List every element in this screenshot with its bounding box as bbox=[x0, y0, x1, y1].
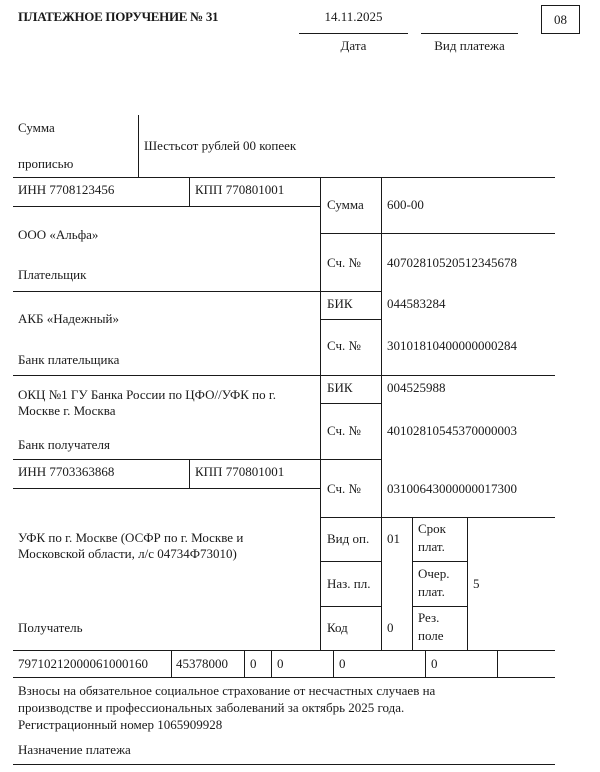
divider bbox=[13, 291, 381, 292]
divider bbox=[171, 650, 172, 677]
payer-inn: ИНН 7708123456 bbox=[18, 182, 114, 198]
recipient-bank-label: Банк получателя bbox=[18, 437, 110, 453]
date-label: Дата bbox=[299, 38, 408, 54]
priority-value: 5 bbox=[473, 576, 480, 592]
payer-account-label: Сч. № bbox=[327, 255, 361, 271]
divider bbox=[13, 375, 555, 376]
divider bbox=[13, 177, 555, 178]
divider bbox=[412, 606, 467, 607]
payer-kpp: КПП 770801001 bbox=[195, 182, 284, 198]
recipient-bank-bik-value: 004525988 bbox=[387, 380, 446, 396]
reserve-label-2: поле bbox=[418, 628, 444, 644]
recipient-label: Получатель bbox=[18, 620, 83, 636]
payer-bank-bik-value: 044583284 bbox=[387, 296, 446, 312]
payer-bank-account-value: 30101810400000000284 bbox=[387, 338, 517, 354]
divider bbox=[13, 650, 555, 651]
recipient-name-2: Московской области, л/с 04734Ф73010) bbox=[18, 546, 237, 562]
divider bbox=[412, 517, 413, 650]
divider bbox=[425, 650, 426, 677]
divider bbox=[320, 319, 381, 320]
divider bbox=[189, 459, 190, 488]
status-code: 08 bbox=[554, 12, 567, 28]
purpose-line-3: Регистрационный номер 1065909928 bbox=[18, 717, 222, 733]
recipient-account-label: Сч. № bbox=[327, 481, 361, 497]
priority-label-1: Очер. bbox=[418, 566, 449, 582]
divider bbox=[13, 488, 320, 489]
divider bbox=[497, 650, 498, 677]
divider bbox=[320, 403, 381, 404]
divider bbox=[412, 561, 467, 562]
payer-label: Плательщик bbox=[18, 267, 86, 283]
payer-bank-bik-label: БИК bbox=[327, 296, 353, 312]
recipient-bank-name-1: ОКЦ №1 ГУ Банка России по ЦФО//УФК по г. bbox=[18, 387, 276, 403]
oktmo-value: 45378000 bbox=[176, 656, 228, 672]
amount-words-label-2: прописью bbox=[18, 156, 73, 172]
kbk-value: 79710212000061000160 bbox=[18, 656, 148, 672]
divider bbox=[320, 517, 555, 518]
amount-words-value: Шестьсот рублей 00 копеек bbox=[144, 138, 296, 154]
priority-label-2: плат. bbox=[418, 584, 445, 600]
divider bbox=[320, 606, 381, 607]
recipient-bank-name-2: Москве г. Москва bbox=[18, 403, 115, 419]
status-code-box: 08 bbox=[541, 5, 580, 34]
code-label: Код bbox=[327, 620, 348, 636]
purpose-code-label: Наз. пл. bbox=[327, 576, 371, 592]
date-value: 14.11.2025 bbox=[299, 9, 408, 25]
recipient-bank-bik-label: БИК bbox=[327, 380, 353, 396]
payer-bank-name: АКБ «Надежный» bbox=[18, 311, 119, 327]
payer-bank-label: Банк плательщика bbox=[18, 352, 119, 368]
divider bbox=[13, 677, 555, 678]
recipient-bank-account-label: Сч. № bbox=[327, 423, 361, 439]
payer-name: ООО «Альфа» bbox=[18, 227, 98, 243]
period-value: 0 bbox=[277, 656, 284, 672]
recipient-account-value: 03100643000000017300 bbox=[387, 481, 517, 497]
reserve-label-1: Рез. bbox=[418, 610, 439, 626]
op-type-label: Вид оп. bbox=[327, 531, 369, 547]
divider bbox=[333, 650, 334, 677]
divider bbox=[467, 517, 468, 650]
payment-type-label: Вид платежа bbox=[421, 38, 518, 54]
purpose-line-1: Взносы на обязательное социальное страхо… bbox=[18, 683, 435, 699]
amount-words-label-1: Сумма bbox=[18, 120, 55, 136]
sum-value: 600-00 bbox=[387, 197, 424, 213]
payment-type-underline bbox=[421, 33, 518, 34]
op-type-value: 01 bbox=[387, 531, 400, 547]
divider bbox=[13, 206, 320, 207]
document-title: ПЛАТЕЖНОЕ ПОРУЧЕНИЕ № 31 bbox=[18, 9, 218, 25]
doc-date-value: 0 bbox=[431, 656, 438, 672]
purpose-line-2: производстве и профессиональных заболева… bbox=[18, 700, 404, 716]
divider bbox=[320, 233, 555, 234]
divider bbox=[189, 177, 190, 206]
doc-number-value: 0 bbox=[339, 656, 346, 672]
sum-label: Сумма bbox=[327, 197, 364, 213]
recipient-bank-account-value: 40102810545370000003 bbox=[387, 423, 517, 439]
recipient-inn: ИНН 7703363868 bbox=[18, 464, 114, 480]
divider bbox=[320, 177, 321, 650]
divider bbox=[138, 115, 139, 177]
basis-value: 0 bbox=[250, 656, 257, 672]
divider bbox=[381, 177, 382, 650]
payer-account-value: 40702810520512345678 bbox=[387, 255, 517, 271]
code-value: 0 bbox=[387, 620, 394, 636]
divider bbox=[320, 561, 381, 562]
due-label-1: Срок bbox=[418, 521, 446, 537]
divider bbox=[271, 650, 272, 677]
recipient-kpp: КПП 770801001 bbox=[195, 464, 284, 480]
divider bbox=[13, 459, 381, 460]
purpose-label: Назначение платежа bbox=[18, 742, 131, 758]
due-label-2: плат. bbox=[418, 539, 445, 555]
date-underline bbox=[299, 33, 408, 34]
payer-bank-account-label: Сч. № bbox=[327, 338, 361, 354]
divider bbox=[244, 650, 245, 677]
divider bbox=[13, 764, 555, 765]
recipient-name-1: УФК по г. Москве (ОСФР по г. Москве и bbox=[18, 530, 243, 546]
